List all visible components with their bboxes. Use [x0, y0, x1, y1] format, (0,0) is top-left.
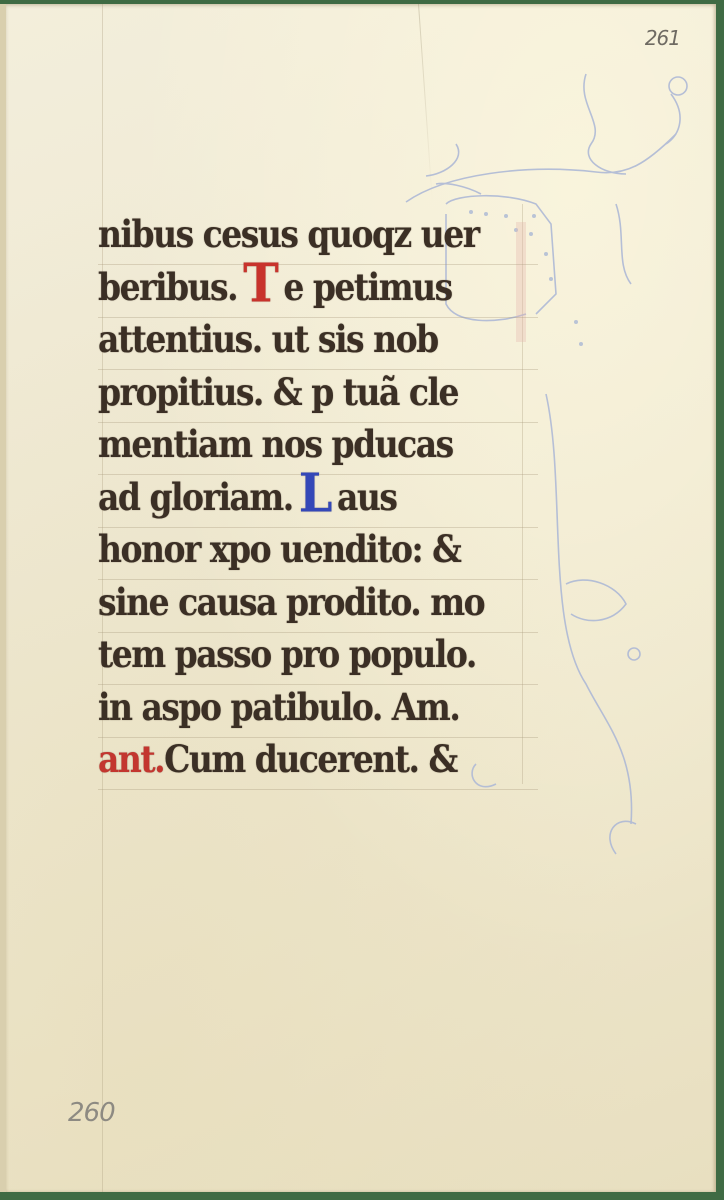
text-segment: in aspo patibulo. Am. — [98, 684, 459, 728]
rubric-antiphon: ant. — [98, 737, 164, 781]
text-segment: aus — [337, 474, 396, 518]
text-segment: attentius. ut sis nob — [98, 317, 438, 361]
red-initial: T — [243, 260, 277, 308]
text-line: in aspo patibulo. Am. — [98, 678, 538, 737]
text-line: ant. Cum ducerent. & — [98, 731, 538, 790]
manuscript-leaf: 261 nibus cesus q — [0, 4, 716, 1192]
text-segment: Cum ducerent. & — [164, 737, 457, 781]
text-line: honor xpo uendito: & — [98, 521, 538, 580]
text-line: sine causa prodito. mo — [98, 573, 538, 632]
text-segment: e petimus — [283, 264, 451, 308]
folio-number-top: 261 — [645, 26, 680, 50]
blue-initial: L — [299, 470, 331, 518]
text-line: tem passo pro populo. — [98, 626, 538, 685]
text-line: propitius. & p tuã cle — [98, 363, 538, 422]
text-segment: mentiam nos pducas — [98, 422, 453, 466]
text-line: ad gloriam. L aus — [98, 468, 538, 527]
text-segment: ad gloriam. — [98, 474, 293, 518]
text-segment: sine causa prodito. mo — [98, 579, 484, 623]
text-block: nibus cesus quoqz uer beribus. T e petim… — [98, 212, 538, 790]
text-segment: propitius. & p tuã cle — [98, 369, 458, 413]
text-segment: nibus cesus quoqz uer — [98, 212, 479, 256]
text-segment: beribus. — [98, 264, 237, 308]
text-line: attentius. ut sis nob — [98, 311, 538, 370]
text-segment: tem passo pro populo. — [98, 632, 476, 676]
text-segment: honor xpo uendito: & — [98, 527, 460, 571]
folio-number-bottom: 260 — [68, 1098, 115, 1128]
text-line: beribus. T e petimus — [98, 258, 538, 317]
parchment-crease — [418, 4, 433, 204]
text-line: nibus cesus quoqz uer — [98, 206, 538, 265]
